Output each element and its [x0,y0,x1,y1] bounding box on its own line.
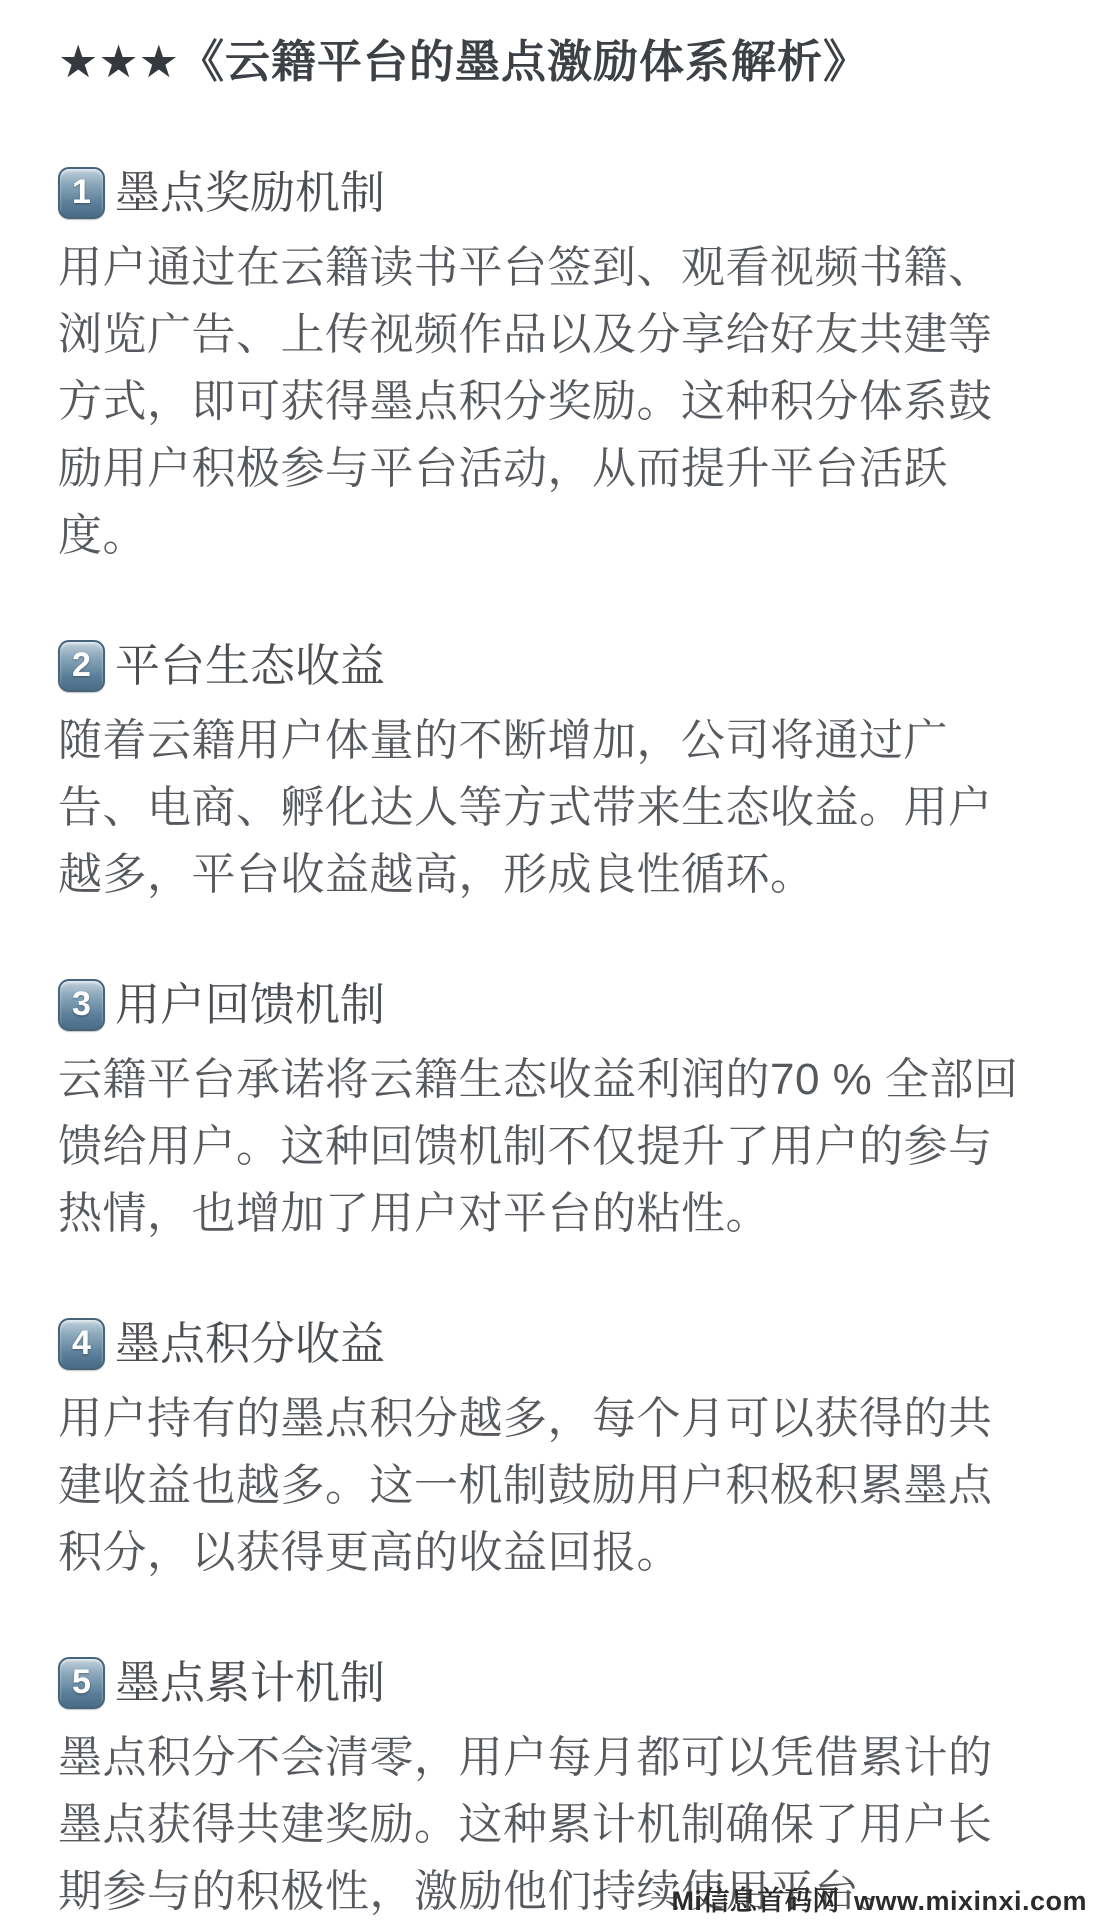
section-body-text: 云籍平台承诺将云籍生态收益利润的70 % 全部回馈给用户。这种回馈机制不仅提升了… [58,1046,1035,1247]
section-body-text: 随着云籍用户体量的不断增加，公司将通过广告、电商、孵化达人等方式带来生态收益。用… [58,707,1035,908]
article-content: ★★★《云籍平台的墨点激励体系解析》 1 墨点奖励机制 用户通过在云籍读书平台签… [0,0,1093,1920]
section-body-text: 用户通过在云籍读书平台签到、观看视频书籍、浏览广告、上传视频作品以及分享给好友共… [58,234,1035,569]
section-heading-text: 墨点奖励机制 [115,166,385,220]
section-user-feedback: 3 用户回馈机制 云籍平台承诺将云籍生态收益利润的70 % 全部回馈给用户。这种… [58,978,1035,1247]
watermark-site-name: Mi信息首码网 [671,1886,840,1916]
section-heading: 1 墨点奖励机制 [58,166,1035,220]
star-icons: ★★★ [58,36,179,87]
section-heading: 2 平台生态收益 [58,639,1035,693]
section-body-text: 用户持有的墨点积分越多，每个月可以获得的共建收益也越多。这一机制鼓励用户积极积累… [58,1385,1035,1586]
watermark: Mi信息首码网www.mixinxi.com [671,1879,1087,1918]
keycap-4-icon: 4 [58,1318,105,1370]
keycap-2-icon: 2 [58,640,105,692]
keycap-3-icon: 3 [58,979,105,1031]
section-heading: 4 墨点积分收益 [58,1317,1035,1371]
section-heading-text: 平台生态收益 [115,639,385,693]
section-heading: 5 墨点累计机制 [58,1656,1035,1710]
section-ecosystem-revenue: 2 平台生态收益 随着云籍用户体量的不断增加，公司将通过广告、电商、孵化达人等方… [58,639,1035,908]
section-points-revenue: 4 墨点积分收益 用户持有的墨点积分越多，每个月可以获得的共建收益也越多。这一机… [58,1317,1035,1586]
watermark-url: www.mixinxi.com [854,1886,1087,1916]
section-heading: 3 用户回馈机制 [58,978,1035,1032]
section-reward-mechanism: 1 墨点奖励机制 用户通过在云籍读书平台签到、观看视频书籍、浏览广告、上传视频作… [58,166,1035,569]
section-heading-text: 墨点积分收益 [115,1317,385,1371]
keycap-1-icon: 1 [58,167,105,219]
keycap-5-icon: 5 [58,1657,105,1709]
page-title-text: 《云籍平台的墨点激励体系解析》 [179,36,869,87]
section-heading-text: 墨点累计机制 [115,1656,385,1710]
section-heading-text: 用户回馈机制 [115,978,385,1032]
page-title: ★★★《云籍平台的墨点激励体系解析》 [58,36,1035,88]
